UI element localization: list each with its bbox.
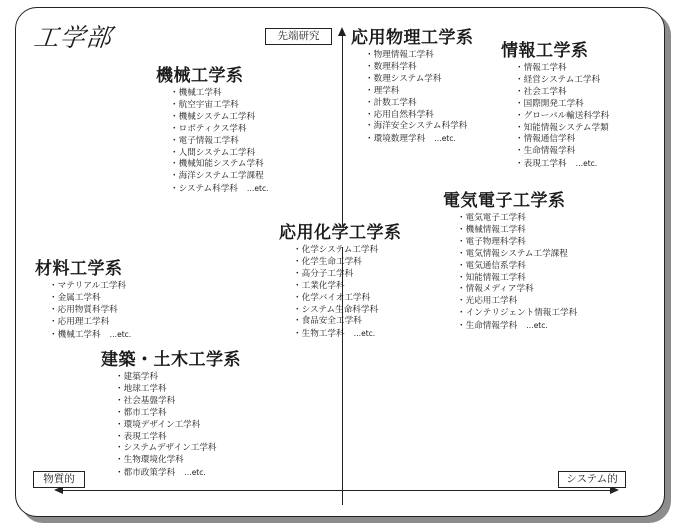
list-item: 計数工学科: [365, 98, 474, 110]
etc-marker: …etc.: [434, 134, 456, 143]
list-item: 都市工学科: [115, 408, 241, 420]
list-item: 生命情報学科: [515, 146, 609, 158]
list-item: グローバル輸送科学科: [515, 111, 609, 123]
list-item: 理学科: [365, 86, 474, 98]
list-item: 機械情報工学科: [457, 225, 577, 237]
list-item: 機械工学科: [170, 88, 268, 100]
list-item: 応用理工学科: [49, 317, 131, 329]
list-item: 情報メディア学科: [457, 284, 577, 296]
group-materials: 材料工学系 マテリアル工学科 金属工学科 応用物質科学科 応用理工学科 機械工学…: [35, 259, 131, 342]
list-item: 応用物質科学科: [49, 305, 131, 317]
list-item: 知能情報工学科: [457, 273, 577, 285]
list-item: 化学生命工学科: [293, 257, 402, 269]
list-item: 数理科学科: [365, 62, 474, 74]
list-item: 海洋安全システム科学科: [365, 121, 474, 133]
list-item: 国際開発工学科: [515, 99, 609, 111]
list-item: システム科学科…etc.: [170, 183, 268, 196]
list-item: システムデザイン工学科: [115, 443, 241, 455]
list-item: 金属工学科: [49, 293, 131, 305]
list-item: 海洋システム工学課程: [170, 171, 268, 183]
list-item: 応用自然科学科: [365, 110, 474, 122]
list-item: 機械工学科…etc.: [49, 329, 131, 342]
list-item: 地球工学科: [115, 384, 241, 396]
group-title: 応用化学工学系: [279, 223, 402, 243]
list-item: 数理システム学科: [365, 74, 474, 86]
list-item: 情報通信学科: [515, 134, 609, 146]
group-architecture-civil: 建築・土木工学系 建築学科 地球工学科 社会基盤学科 都市工学科 環境デザイン工…: [101, 350, 241, 480]
list-item: 電子物理科学科: [457, 237, 577, 249]
list-item: 経営システム工学科: [515, 75, 609, 87]
axis-label-left: 物質的: [33, 471, 85, 488]
list-item: 電子情報工学科: [170, 136, 268, 148]
list-item: 知能情報システム学類: [515, 123, 609, 135]
horizontal-axis: [62, 490, 610, 491]
vertical-axis-upper: [342, 30, 343, 227]
group-applied-physics: 応用物理工学系 物理情報工学科 数理科学科 数理システム学科 理学科 計数工学科…: [351, 28, 474, 146]
group-electrical: 電気電子工学系 電気電子工学科 機械情報工学科 電子物理科学科 電気情報システム…: [443, 191, 577, 333]
list-item: 食品安全工学科: [293, 316, 402, 328]
list-item: 光応用工学科: [457, 296, 577, 308]
group-mechanical: 機械工学系 機械工学科 航空宇宙工学科 機械システム工学科 ロボティクス学科 電…: [156, 66, 268, 196]
list-item: 電気電子工学科: [457, 213, 577, 225]
list-item: ロボティクス学科: [170, 124, 268, 136]
axis-label-top: 先端研究: [265, 28, 332, 45]
list-item: 環境数理学科…etc.: [365, 133, 474, 146]
list-item: 生物工学科…etc.: [293, 328, 402, 341]
list-item: 航空宇宙工学科: [170, 100, 268, 112]
axis-label-right: システム的: [558, 471, 626, 488]
list-item: 建築学科: [115, 372, 241, 384]
etc-marker: …etc.: [110, 330, 132, 339]
page-title: 工学部: [32, 18, 114, 54]
list-item: インテリジェント情報工学科: [457, 308, 577, 320]
etc-marker: …etc.: [184, 468, 206, 477]
list-item: マテリアル工学科: [49, 281, 131, 293]
etc-marker: …etc.: [576, 159, 598, 168]
list-item: 化学バイオ工学科: [293, 293, 402, 305]
list-item: 生命情報学科…etc.: [457, 320, 577, 333]
group-applied-chemistry: 応用化学工学系 化学システム工学科 化学生命工学科 高分子工学科 工業化学科 化…: [279, 223, 402, 341]
list-item: 表現工学科: [115, 432, 241, 444]
group-title: 情報工学系: [501, 41, 609, 61]
list-item: 社会工学科: [515, 87, 609, 99]
list-item: 電気通信系学科: [457, 261, 577, 273]
etc-marker: …etc.: [526, 321, 548, 330]
arrow-up-icon: [338, 27, 346, 36]
list-item: 物理情報工学科: [365, 50, 474, 62]
list-item: 表現工学科…etc.: [515, 158, 609, 171]
group-title: 応用物理工学系: [351, 28, 474, 48]
list-item: システム生命科学科: [293, 305, 402, 317]
list-item: 環境デザイン工学科: [115, 420, 241, 432]
list-item: 工業化学科: [293, 281, 402, 293]
group-title: 建築・土木工学系: [101, 350, 241, 370]
list-item: 情報工学科: [515, 63, 609, 75]
list-item: 都市政策学科…etc.: [115, 467, 241, 480]
list-item: 人間システム工学科: [170, 148, 268, 160]
group-title: 電気電子工学系: [443, 191, 577, 211]
list-item: 機械知能システム学科: [170, 159, 268, 171]
list-item: 機械システム工学科: [170, 112, 268, 124]
list-item: 電気情報システム工学課程: [457, 249, 577, 261]
group-title: 機械工学系: [156, 66, 268, 86]
list-item: 生物環境化学科: [115, 455, 241, 467]
list-item: 化学システム工学科: [293, 245, 402, 257]
etc-marker: …etc.: [354, 329, 376, 338]
group-title: 材料工学系: [35, 259, 131, 279]
etc-marker: …etc.: [247, 184, 269, 193]
group-information: 情報工学系 情報工学科 経営システム工学科 社会工学科 国際開発工学科 グローバ…: [501, 41, 609, 171]
list-item: 社会基盤学科: [115, 396, 241, 408]
list-item: 高分子工学科: [293, 269, 402, 281]
